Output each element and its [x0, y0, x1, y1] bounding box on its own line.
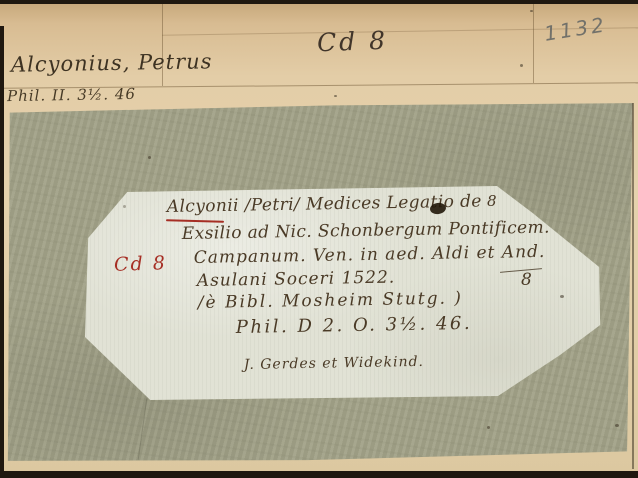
card-line-4: Asulani Soceri 1522.	[197, 268, 396, 291]
shelfmark: Phil. II. 3½. 46	[7, 85, 136, 105]
author-heading: Alcyonius, Petrus	[11, 49, 213, 77]
scan-edge-right-crease	[632, 103, 634, 469]
pencil-number: 1132	[543, 12, 609, 46]
speck	[123, 205, 126, 208]
speck	[520, 64, 523, 67]
speck	[615, 424, 619, 427]
classmark: Cd 8	[317, 26, 389, 57]
speck	[560, 295, 564, 298]
bibliographer-note: J. Gerdes et Widekind.	[244, 354, 424, 373]
speck	[530, 10, 533, 12]
corner-number-right: 8	[521, 270, 532, 290]
corner-number-top: 8	[487, 192, 497, 210]
card-red-classmark: Cd 8	[114, 252, 168, 276]
scan-edge-left	[0, 26, 4, 478]
ruled-line-vertical-right	[533, 0, 534, 83]
scan-edge-top	[0, 0, 638, 4]
speck	[148, 156, 151, 159]
catalog-page-scan: Alcyonius, Petrus Phil. II. 3½. 46 Cd 8 …	[0, 0, 638, 478]
speck	[487, 426, 490, 429]
speck	[334, 95, 337, 97]
card-line-shelfmark: Phil. D 2. O. 3½. 46.	[236, 313, 473, 338]
scan-edge-bottom	[0, 471, 638, 478]
